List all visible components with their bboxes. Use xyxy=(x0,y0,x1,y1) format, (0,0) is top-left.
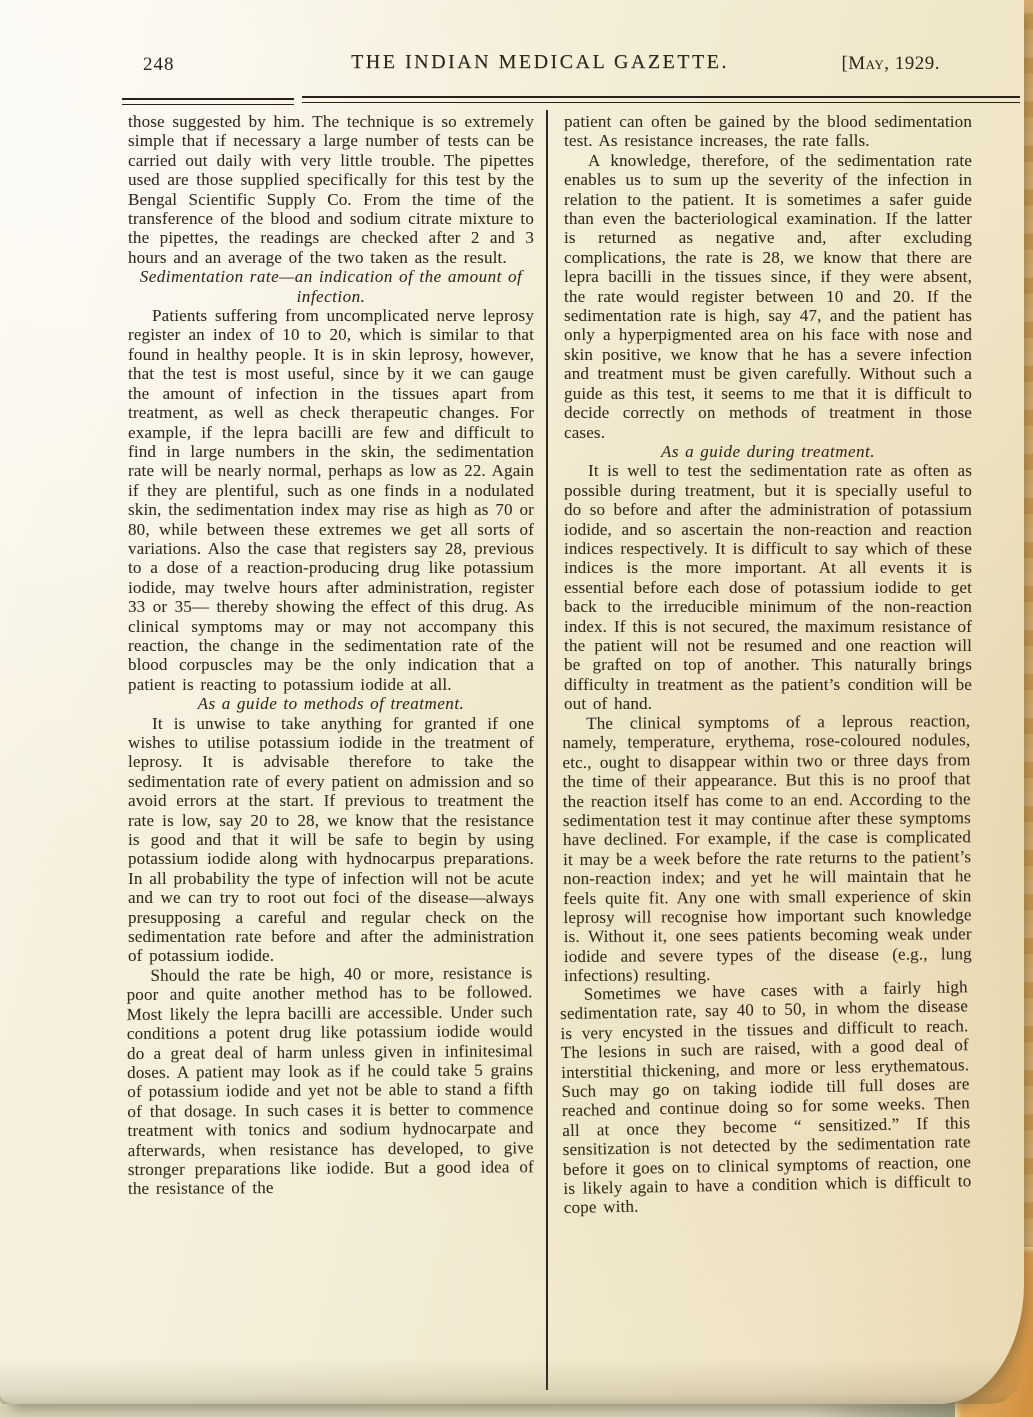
page: 248 THE INDIAN MEDICAL GAZETTE. [May, 19… xyxy=(0,0,1024,1404)
left-paragraph-2: Patients suffering from uncomplicated ne… xyxy=(128,306,534,694)
scanned-journal-page: { "header": { "page_number": "248", "jou… xyxy=(0,0,1033,1417)
header-rule-left-segment xyxy=(122,98,294,105)
section-heading-sedimentation-rate: Sedimentation rate—an indication of the … xyxy=(128,267,534,306)
right-column: patient can often be gained by the blood… xyxy=(564,112,972,1218)
page-number: 248 xyxy=(143,54,175,76)
section-heading-guide-during-treatment: As a guide during treatment. xyxy=(564,442,972,461)
header-rule-right-segment xyxy=(302,96,1020,103)
right-paragraph-continuation: patient can often be gained by the blood… xyxy=(564,112,972,151)
right-paragraph-5: Sometimes we have cases with a fairly hi… xyxy=(560,977,972,1218)
issue-date: [May, 1929. xyxy=(806,53,940,75)
left-paragraph-4: Should the rate be high, 40 or more, res… xyxy=(126,963,534,1199)
right-paragraph-3: It is well to test the sedimentation rat… xyxy=(564,461,972,713)
right-paragraph-2: A knowledge, therefore, of the sedimenta… xyxy=(564,151,972,442)
section-heading-guide-to-methods: As a guide to methods of treatment. xyxy=(128,694,534,713)
right-paragraph-4: The clinical symptoms of a leprous react… xyxy=(562,711,972,986)
journal-title: THE INDIAN MEDICAL GAZETTE. xyxy=(280,51,800,74)
left-paragraph-continuation: those suggested by him. The technique is… xyxy=(128,112,534,267)
column-divider-rule xyxy=(546,110,548,1390)
left-paragraph-3: It is unwise to take anything for grante… xyxy=(128,714,534,966)
left-column: those suggested by him. The technique is… xyxy=(128,112,534,1199)
